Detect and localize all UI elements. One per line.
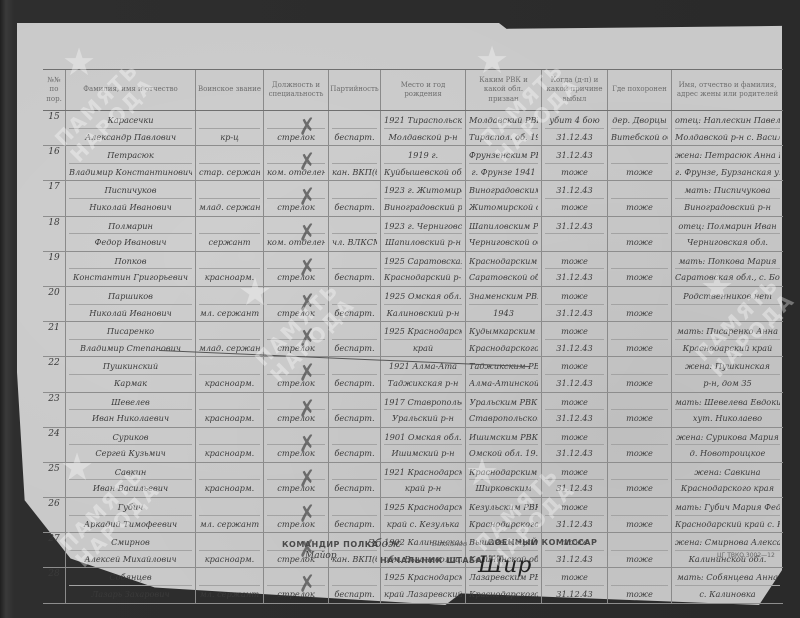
burial-line	[611, 253, 668, 270]
table-row: 17ПиспичуковНиколай Ивановичмлад. сержан…	[43, 181, 783, 216]
relatives-cell: жена: Смирнова АлександраКалининской обл…	[671, 533, 783, 567]
blank	[332, 218, 377, 235]
burial-line	[611, 534, 668, 551]
burial-line	[611, 394, 668, 411]
burial-line	[611, 358, 668, 375]
fate-line: 31.12.43	[545, 182, 604, 199]
birth-cell: 1925 Краснодарскийкрай	[380, 322, 465, 356]
fate-cell: тоже31.12.43	[541, 428, 607, 462]
party: беспарт.	[332, 129, 377, 145]
birth-cell: 1921 Краснодарскийкрай р-н	[380, 463, 465, 497]
blank	[332, 569, 377, 586]
blank	[332, 394, 377, 411]
blank	[332, 112, 377, 129]
relatives-cell: жена: Сурикова Марияд. Новотроицкое	[671, 428, 783, 462]
given-name: Лазарь Захарович	[69, 586, 192, 602]
blank	[332, 182, 377, 199]
draft-cell: Лазаревским РВККраснодарского края	[465, 568, 541, 602]
header-cell: Должность и специальность	[263, 70, 328, 110]
row-number: 22	[43, 357, 65, 391]
birth-line: 1923 г. Житомирская	[384, 182, 462, 199]
birth-cell: 1917 СтавропольскийУральский р-н	[380, 393, 465, 427]
rank: красноарм.	[199, 551, 260, 567]
birth-line: обл. Вышневолоцкий р-н	[384, 551, 462, 567]
table-row: 21ПисаренкоВладимир Степановичмлад. серж…	[43, 322, 783, 357]
draft-cell: Шапиловским РВКЧерниговской обл. 1943	[465, 217, 541, 251]
fate-cell: 31.12.43тоже	[541, 146, 607, 180]
birth-cell: 1902 Калининскаяобл. Вышневолоцкий р-н	[380, 533, 465, 567]
party: беспарт.	[332, 375, 377, 391]
fate-cell: тоже31.12.43	[541, 393, 607, 427]
burial-cell: тоже	[607, 252, 671, 286]
burial-line: тоже	[611, 516, 668, 532]
draft-line: Житомирской обл.	[469, 199, 538, 215]
relative-line: хут. Николаево	[675, 410, 780, 426]
birth-line: 1901 Омская обл.	[384, 429, 462, 446]
table-row: 16ПетрасюкВладимир Константиновичстар. с…	[43, 146, 783, 181]
surname: Попков	[69, 253, 192, 270]
blank	[199, 499, 260, 516]
burial-cell: тоже	[607, 428, 671, 462]
table-row: 18ПолмаринФедор Ивановичсержантком. отде…	[43, 217, 783, 252]
burial-cell: тоже	[607, 463, 671, 497]
birth-line: край р-н	[384, 480, 462, 496]
burial-line: тоже	[611, 199, 668, 215]
party-cell: беспарт.	[328, 463, 380, 497]
given-name: Кармак	[69, 375, 192, 391]
relatives-cell: мать: ПиспичуковаВиноградовский р-н	[671, 181, 783, 215]
relatives-cell: мать: Шевелева Евдокияхут. Николаево	[671, 393, 783, 427]
burial-cell: тоже	[607, 568, 671, 602]
draft-line: 1943	[469, 305, 538, 321]
fate-line: тоже	[545, 569, 604, 586]
burial-cell: тоже	[607, 146, 671, 180]
rank: красноарм.	[199, 410, 260, 426]
watermark-star-icon: ★	[700, 265, 734, 309]
draft-line: г. Фрунзе 1941	[469, 164, 538, 180]
relative-line: с. Калиновка	[675, 586, 780, 602]
birth-line: 1925 Омская обл.	[384, 288, 462, 305]
burial-line: Витебской обл.	[611, 129, 668, 145]
burial-line	[611, 429, 668, 446]
relative-line: Краснодарского края	[675, 480, 780, 496]
relative-line: Молдавской р-н с. Васильево	[675, 129, 780, 145]
relatives-cell: мать: Губич Мария ФедоровнаКраснодарский…	[671, 498, 783, 532]
burial-line	[611, 182, 668, 199]
fate-line: 31.12.43	[545, 445, 604, 461]
draft-cell: Знаменским РВК1943	[465, 287, 541, 321]
row-number: 21	[43, 322, 65, 356]
fate-line: 31.12.43	[545, 410, 604, 426]
blank	[199, 147, 260, 164]
fate-line: 31.12.43	[545, 269, 604, 285]
party-cell: кан. ВКП(б)	[328, 533, 380, 567]
party-cell: беспарт.	[328, 498, 380, 532]
fate-line: 31.12.43	[545, 340, 604, 356]
relative-line: мать: Шевелева Евдокия	[675, 394, 780, 411]
party-cell: беспарт.	[328, 357, 380, 391]
rank: мл. сержант	[199, 516, 260, 532]
birth-line: Ишимский р-н	[384, 445, 462, 461]
full-name-cell: ШевелевИван Николаевич	[65, 393, 195, 427]
draft-cell: Уральским РВКСтавропольского	[465, 393, 541, 427]
fate-cell: 31.12.43тоже	[541, 181, 607, 215]
blank	[199, 218, 260, 235]
watermark-star-icon: ★	[60, 445, 94, 489]
burial-line: тоже	[611, 305, 668, 321]
checkmark-icon: ✗	[296, 536, 318, 563]
party: беспарт.	[332, 340, 377, 356]
blank	[332, 429, 377, 446]
fate-cell: 31.12.43	[541, 217, 607, 251]
birth-cell: 1921 ТираспольскийМолдавской р-н	[380, 111, 465, 145]
burial-line: тоже	[611, 269, 668, 285]
draft-cell: Виноградовским РВКЖитомирской обл.	[465, 181, 541, 215]
casualty-table: №№ по пор. Фамилия, имя и отчество Воинс…	[43, 69, 783, 604]
rank-cell: стар. сержант	[195, 146, 263, 180]
party-cell: беспарт.	[328, 568, 380, 602]
given-name: Иван Николаевич	[69, 410, 192, 426]
birth-line: Таджикская р-н	[384, 375, 462, 391]
birth-line: Виноградовский р-н	[384, 199, 462, 215]
checkmark-icon: ✗	[296, 149, 318, 176]
fate-line: 31.12.43	[545, 586, 604, 602]
fate-line	[545, 234, 604, 250]
fate-cell: тоже31.12.43	[541, 568, 607, 602]
surname: Полмарин	[69, 218, 192, 235]
party-cell: беспарт.	[328, 393, 380, 427]
blank	[199, 534, 260, 551]
burial-line: тоже	[611, 586, 668, 602]
burial-line: тоже	[611, 164, 668, 180]
table-row: 22ПушкинскийКармаккрасноарм.стрелокбеспа…	[43, 357, 783, 392]
draft-cell: Кудымкарским РВККраснодарского края	[465, 322, 541, 356]
relative-line: д. Новотроицкое	[675, 445, 780, 461]
burial-line	[611, 464, 668, 481]
draft-line: Знаменским РВК	[469, 288, 538, 305]
blank	[199, 182, 260, 199]
row-number: 20	[43, 287, 65, 321]
party-cell: беспарт.	[328, 181, 380, 215]
surname: Собянцев	[69, 569, 192, 586]
burial-cell: тоже	[607, 217, 671, 251]
table-row: 27СмирновАлексей Михайловичкрасноарм.стр…	[43, 533, 783, 568]
birth-cell: 1901 Омская обл.Ишимский р-н	[380, 428, 465, 462]
blank	[332, 358, 377, 375]
table-row: 19ПопковКонстантин Григорьевичкрасноарм.…	[43, 252, 783, 287]
party: беспарт.	[332, 410, 377, 426]
checkmark-icon: ✗	[296, 395, 318, 422]
relative-line: жена: Петрасюк Анна Ивановна	[675, 147, 780, 164]
birth-line: 1923 г. Черниговская	[384, 218, 462, 235]
rank-cell: сержант	[195, 217, 263, 251]
given-name: Николай Иванович	[69, 199, 192, 215]
header-cell: Партийность	[328, 70, 380, 110]
party-cell: беспарт.	[328, 111, 380, 145]
row-number: 18	[43, 217, 65, 251]
watermark-star-icon: ★	[238, 270, 272, 314]
birth-cell: 1919 г.Куйбышевской обл.	[380, 146, 465, 180]
fate-line: тоже	[545, 323, 604, 340]
rank-cell: кр-ц	[195, 111, 263, 145]
draft-line: Кудымкарским РВК	[469, 323, 538, 340]
burial-line: тоже	[611, 410, 668, 426]
fate-cell: тоже31.12.43	[541, 357, 607, 391]
fate-cell: тоже31.12.43	[541, 322, 607, 356]
fate-line: тоже	[545, 164, 604, 180]
draft-line: Ишимским РВК	[469, 429, 538, 446]
birth-cell: 1925 Краснодарскийкрай с. Кезулька	[380, 498, 465, 532]
birth-cell: 1925 Краснодарскийкрай Лазаревский р-н	[380, 568, 465, 602]
party: беспарт.	[332, 199, 377, 215]
party: беспарт.	[332, 480, 377, 496]
blank	[332, 534, 377, 551]
birth-cell: 1925 СаратовскаяКраснодарский р-н	[380, 252, 465, 286]
rank-cell: красноарм.	[195, 463, 263, 497]
checkmark-icon: ✗	[296, 184, 318, 211]
fate-line: тоже	[545, 288, 604, 305]
birth-line: 1921 Тираспольский	[384, 112, 462, 129]
draft-line: Лазаревским РВК	[469, 569, 538, 586]
relative-line: мать: Губич Мария Федоровна	[675, 499, 780, 516]
draft-line: Шапиловским РВК	[469, 218, 538, 235]
burial-cell: тоже	[607, 181, 671, 215]
fate-line: тоже	[545, 394, 604, 411]
draft-line: Уральским РВК	[469, 394, 538, 411]
fate-cell: тоже31.12.43	[541, 533, 607, 567]
burial-line: тоже	[611, 340, 668, 356]
rank-cell: красноарм.	[195, 533, 263, 567]
burial-line: тоже	[611, 234, 668, 250]
party-cell: чл. ВЛКСМ	[328, 217, 380, 251]
fate-line: 31.12.43	[545, 129, 604, 145]
burial-cell: дер. ДворцыВитебской обл.	[607, 111, 671, 145]
relatives-cell: мать: Собянцева Аннас. Калиновка	[671, 568, 783, 602]
party: беспарт.	[332, 445, 377, 461]
checkmark-icon: ✗	[296, 466, 318, 493]
blank	[199, 253, 260, 270]
rank: сержант	[199, 234, 260, 250]
burial-cell: тоже	[607, 287, 671, 321]
given-name: Федор Иванович	[69, 234, 192, 250]
blank	[199, 358, 260, 375]
burial-line	[611, 499, 668, 516]
surname: Пушкинский	[69, 358, 192, 375]
draft-line: Краснодарским РВК	[469, 253, 538, 270]
birth-line: край Лазаревский р-н	[384, 586, 462, 602]
draft-line: Краснодарского края	[469, 586, 538, 602]
relative-line: Виноградовский р-н	[675, 199, 780, 215]
birth-line: край	[384, 340, 462, 356]
blank	[332, 499, 377, 516]
relative-line: р-н, дом 35	[675, 375, 780, 391]
birth-line: Молдавской р-н	[384, 129, 462, 145]
table-row: 23ШевелевИван Николаевичкрасноарм.стрело…	[43, 393, 783, 428]
fate-line: 31.12.43	[545, 305, 604, 321]
full-name-cell: ПушкинскийКармак	[65, 357, 195, 391]
relative-line: мать: Собянцева Анна	[675, 569, 780, 586]
draft-cell: Таджикским РВКАлма-Атинской 1943	[465, 357, 541, 391]
rank: стар. сержант	[199, 164, 260, 180]
header-cell: Имя, отчество и фамилия, адрес жены или …	[671, 70, 783, 110]
relative-line: Калининской обл.	[675, 551, 780, 567]
draft-line: Алма-Атинской 1943	[469, 375, 538, 391]
party-cell: беспарт.	[328, 252, 380, 286]
fate-line: 31.12.43	[545, 147, 604, 164]
birth-line: Краснодарский р-н	[384, 269, 462, 285]
burial-line: тоже	[611, 480, 668, 496]
header-cell: Воинское звание	[195, 70, 263, 110]
blank	[199, 464, 260, 481]
full-name-cell: ПопковКонстантин Григорьевич	[65, 252, 195, 286]
party-cell: беспарт.	[328, 428, 380, 462]
draft-line: Виноградовским РВК	[469, 182, 538, 199]
relatives-cell: жена: Петрасюк Анна Ивановнаг. Фрунзе, Б…	[671, 146, 783, 180]
relative-line: отец: Полмарин Иван	[675, 218, 780, 235]
birth-cell: 1923 г. ЧерниговскаяШапиловский р-н	[380, 217, 465, 251]
burial-line	[611, 147, 668, 164]
relative-line: Черниговская обл.	[675, 234, 780, 250]
party: кан. ВКП(б)	[332, 551, 377, 567]
burial-line	[611, 569, 668, 586]
draft-line: Саратовской обл.	[469, 269, 538, 285]
rank: млад. сержант	[199, 199, 260, 215]
relative-line: Краснодарский край с. Кезулька	[675, 516, 780, 532]
birth-line: 1917 Ставропольский	[384, 394, 462, 411]
relative-line: жена: Савкина	[675, 464, 780, 481]
full-name-cell: ПолмаринФедор Иванович	[65, 217, 195, 251]
party-cell: кан. ВКП(б)	[328, 146, 380, 180]
draft-line: Краснодарского края	[469, 340, 538, 356]
fate-line: тоже	[545, 253, 604, 270]
rank: красноарм.	[199, 480, 260, 496]
blank	[199, 429, 260, 446]
rank-cell: мл. сержант	[195, 568, 263, 602]
birth-line: 1925 Краснодарский	[384, 499, 462, 516]
fate-cell: тоже31.12.43	[541, 252, 607, 286]
relative-line: г. Фрунзе, Бурзанская улица, дом 90	[675, 164, 780, 180]
relatives-cell: отец: Наплескин ПавелМолдавской р-н с. В…	[671, 111, 783, 145]
row-number: 23	[43, 393, 65, 427]
given-name: Владимир Константинович	[69, 164, 192, 180]
table-row: 20ПаршиковНиколай Ивановичмл. сержантстр…	[43, 287, 783, 322]
watermark-star-icon: ★	[62, 40, 96, 84]
party: беспарт.	[332, 516, 377, 532]
birth-line: 1921 Краснодарский	[384, 464, 462, 481]
checkmark-icon: ✗	[296, 255, 318, 282]
relative-line: отец: Наплескин Павел	[675, 112, 780, 129]
party: кан. ВКП(б)	[332, 164, 377, 180]
relative-line: мать: Писпичукова	[675, 182, 780, 199]
checkmark-icon: ✗	[296, 114, 318, 141]
party: беспарт.	[332, 269, 377, 285]
burial-cell: тоже	[607, 498, 671, 532]
draft-cell: Краснодарским РВКСаратовской обл.	[465, 252, 541, 286]
watermark-star-icon: ★	[475, 38, 509, 82]
fate-line: тоже	[545, 199, 604, 215]
blank	[332, 253, 377, 270]
rank: красноарм.	[199, 375, 260, 391]
checkmark-icon: ✗	[296, 431, 318, 458]
blank	[199, 569, 260, 586]
row-number: 16	[43, 146, 65, 180]
header-cell: Где похоронен	[607, 70, 671, 110]
row-number: 26	[43, 498, 65, 532]
burial-cell: тоже	[607, 322, 671, 356]
fate-line: тоже	[545, 358, 604, 375]
rank-cell: млад. сержант	[195, 181, 263, 215]
draft-line: Ставропольского	[469, 410, 538, 426]
watermark-star-icon: ★	[465, 450, 499, 494]
burial-line	[611, 288, 668, 305]
row-number: 28	[43, 568, 65, 602]
party: беспарт.	[332, 586, 377, 602]
birth-cell: 1925 Омская обл.Калиновский р-н	[380, 287, 465, 321]
birth-cell: 1923 г. ЖитомирскаяВиноградовский р-н	[380, 181, 465, 215]
birth-line: Калиновский р-н	[384, 305, 462, 321]
burial-cell: тоже	[607, 533, 671, 567]
birth-line: Уральский р-н	[384, 410, 462, 426]
rank-cell: красноарм.	[195, 357, 263, 391]
blank	[199, 323, 260, 340]
burial-line	[611, 218, 668, 235]
blank	[199, 112, 260, 129]
checkmark-icon: ✗	[296, 571, 318, 598]
rank-cell: красноарм.	[195, 428, 263, 462]
blank	[332, 464, 377, 481]
checkmark-icon: ✗	[296, 501, 318, 528]
table-row: 24СуриковСергей Кузьмичкрасноарм.стрелок…	[43, 428, 783, 463]
checkmark-icon: ✗	[296, 219, 318, 246]
fate-line: тоже	[545, 429, 604, 446]
surname: Шевелев	[69, 394, 192, 411]
burial-line: тоже	[611, 551, 668, 567]
table-row: 15КарасечкиАлександр Павловичкр-цстрелок…	[43, 111, 783, 146]
rank-cell: красноарм.	[195, 393, 263, 427]
relative-line: жена: Сурикова Мария	[675, 429, 780, 446]
rank: красноарм.	[199, 445, 260, 461]
burial-cell: тоже	[607, 357, 671, 391]
given-name: Николай Иванович	[69, 305, 192, 321]
burial-line: тоже	[611, 445, 668, 461]
full-name-cell: ПаршиковНиколай Иванович	[65, 287, 195, 321]
blank	[332, 147, 377, 164]
surname: Писаренко	[69, 323, 192, 340]
surname: Суриков	[69, 429, 192, 446]
party: чл. ВЛКСМ	[332, 234, 377, 250]
row-number: 19	[43, 252, 65, 286]
birth-line: 1925 Краснодарский	[384, 569, 462, 586]
surname: Писпичуков	[69, 182, 192, 199]
header-cell: Место и год рождения	[380, 70, 465, 110]
relatives-cell: жена: СавкинаКраснодарского края	[671, 463, 783, 497]
birth-line: 1902 Калининская	[384, 534, 462, 551]
fate-line: 31.12.43	[545, 218, 604, 235]
birth-line: Шапиловский р-н	[384, 234, 462, 250]
fate-cell: тоже31.12.43	[541, 287, 607, 321]
rank: мл. сержант	[199, 586, 260, 602]
given-name: Константин Григорьевич	[69, 269, 192, 285]
relative-line: жена: Смирнова Александра	[675, 534, 780, 551]
rank: кр-ц	[199, 129, 260, 145]
draft-line: Черниговской обл. 1943	[469, 234, 538, 250]
birth-line: 1919 г.	[384, 147, 462, 164]
full-name-cell: СобянцевЛазарь Захарович	[65, 568, 195, 602]
fate-line: 31.12.43	[545, 375, 604, 391]
relatives-cell: отец: Полмарин ИванЧерниговская обл.	[671, 217, 783, 251]
given-name: Владимир Степанович	[69, 340, 192, 356]
birth-line: край с. Кезулька	[384, 516, 462, 532]
